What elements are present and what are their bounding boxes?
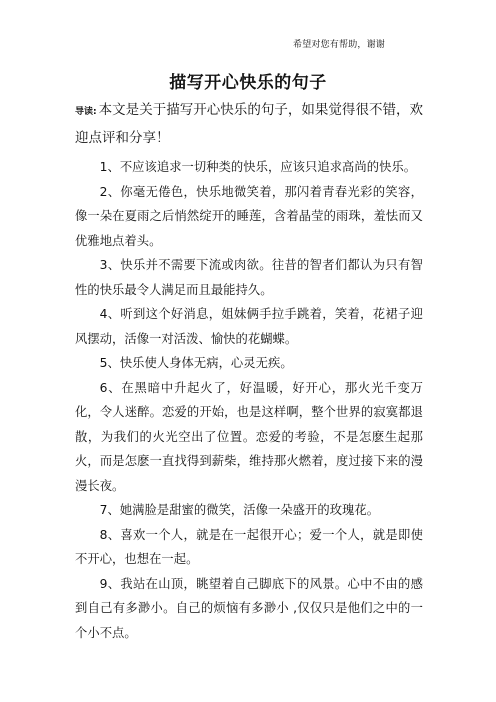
sentence-item: 7、她满脸是甜蜜的微笑，活像一朵盛开的玫瑰花。 (75, 498, 423, 523)
sentence-item: 9、我站在山顶，眺望着自己脚底下的风景。心中不由的感到自己有多渺小。自己的烦恼有… (75, 572, 423, 646)
sentence-item: 6、在黑暗中升起火了，好温暖，好开心，那火光千变万化，令人迷醉。恋爱的开始，也是… (75, 376, 423, 499)
sentence-item: 5、快乐使人身体无病，心灵无疾。 (75, 351, 423, 376)
sentence-item: 2、你毫无倦色，快乐地微笑着，那闪着青春光彩的笑容，像一朵在夏雨之后悄然绽开的睡… (75, 180, 423, 254)
sentence-item: 8、喜欢一个人，就是在一起很开心；爱一个人，就是即使不开心，也想在一起。 (75, 523, 423, 572)
page-header: 希望对您有帮助，谢谢 (293, 37, 385, 50)
sentence-item: 4、听到这个好消息，姐妹俩手拉手跳着，笑着，花裙子迎风摆动，活像一对活泼、愉快的… (75, 302, 423, 351)
sentence-item: 1、不应该追求一切种类的快乐，应该只追求高尚的快乐。 (75, 155, 423, 180)
document-body: 导读:本文是关于描写开心快乐的句子，如果觉得很不错，欢迎点评和分享！ 1、不应该… (75, 97, 423, 645)
intro-paragraph: 导读:本文是关于描写开心快乐的句子，如果觉得很不错，欢迎点评和分享！ (75, 97, 423, 151)
intro-text: 本文是关于描写开心快乐的句子，如果觉得很不错，欢迎点评和分享！ (75, 102, 423, 146)
document-title: 描写开心快乐的句子 (0, 68, 496, 93)
intro-label: 导读: (75, 107, 97, 117)
sentence-item: 3、快乐并不需要下流或肉欲。往昔的智者们都认为只有智性的快乐最令人满足而且最能持… (75, 253, 423, 302)
